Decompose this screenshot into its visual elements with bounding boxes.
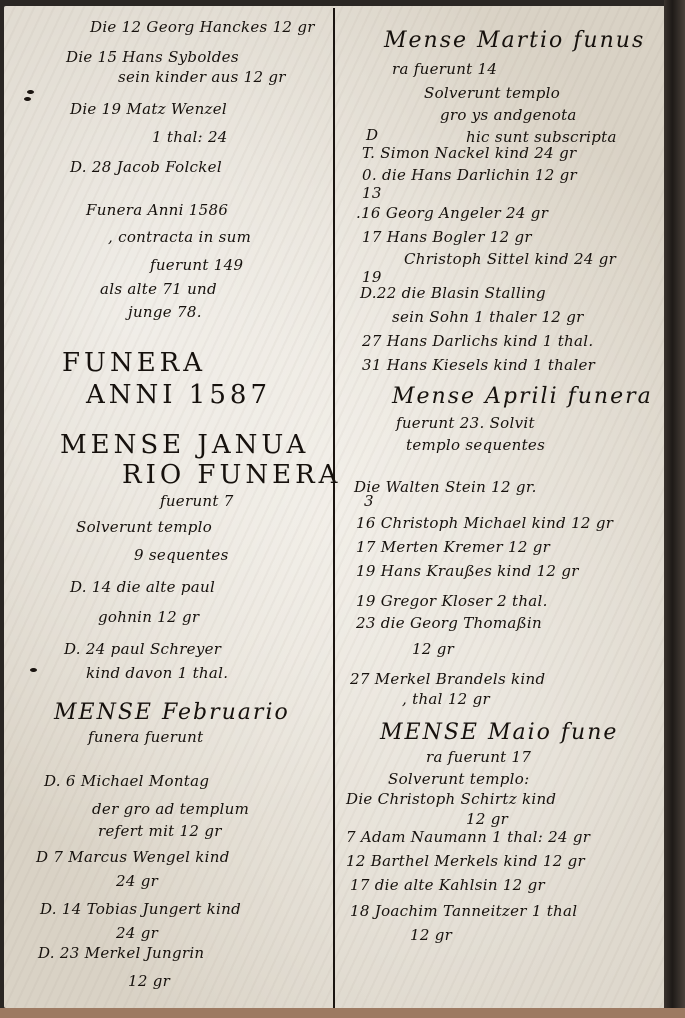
register-entry: 1 thal: 24 bbox=[152, 128, 228, 146]
register-entry: D.22 die Blasin Stalling bbox=[360, 284, 546, 302]
register-entry: 12 gr bbox=[412, 640, 454, 658]
register-entry: 19 Hans Kraußes kind 12 gr bbox=[356, 562, 579, 580]
register-entry: Die Walten Stein 12 gr. bbox=[354, 478, 537, 496]
register-entry: 3 bbox=[364, 492, 374, 510]
register-entry: Christoph Sittel kind 24 gr bbox=[404, 250, 616, 268]
book-spine-edge bbox=[664, 0, 685, 1008]
register-entry: fuerunt 7 bbox=[160, 492, 234, 510]
register-entry: , contracta in sum bbox=[108, 228, 251, 246]
register-entry: 12 gr bbox=[410, 926, 452, 944]
register-entry: junge 78. bbox=[128, 303, 202, 321]
register-entry: 27 Merkel Brandels kind bbox=[350, 670, 545, 688]
register-entry: D. 28 Jacob Folckel bbox=[70, 158, 222, 176]
register-entry: 12 gr bbox=[466, 810, 508, 828]
register-entry: funera fuerunt bbox=[88, 728, 203, 746]
register-entry: kind davon 1 thal. bbox=[86, 664, 228, 682]
register-entry: der gro ad templum bbox=[92, 800, 249, 818]
register-entry: 9 sequentes bbox=[134, 546, 229, 564]
section-heading: ANNI 1587 bbox=[86, 380, 271, 410]
bottom-board bbox=[0, 1008, 685, 1018]
register-entry: , thal 12 gr bbox=[402, 690, 490, 708]
register-entry: ra fuerunt 17 bbox=[426, 748, 531, 766]
register-entry: 12 gr bbox=[128, 972, 170, 990]
register-entry: ra fuerunt 14 bbox=[392, 60, 497, 78]
register-entry: T. Simon Nackel kind 24 gr bbox=[362, 144, 576, 162]
register-entry: D. 6 Michael Montag bbox=[44, 772, 209, 790]
register-entry: 23 die Georg Thomaßin bbox=[356, 614, 542, 632]
register-entry: fuerunt 23. Solvit bbox=[396, 414, 535, 432]
register-entry: 31 Hans Kiesels kind 1 thaler bbox=[362, 356, 595, 374]
section-heading: MENSE JANUA bbox=[60, 430, 309, 460]
register-entry: .16 Georg Angeler 24 gr bbox=[356, 204, 548, 222]
register-entry: D bbox=[366, 126, 378, 144]
register-entry: 0. die Hans Darlichin 12 gr bbox=[362, 166, 577, 184]
register-entry: templo sequentes bbox=[406, 436, 545, 454]
section-heading: FUNERA bbox=[62, 348, 206, 378]
register-entry: sein Sohn 1 thaler 12 gr bbox=[392, 308, 584, 326]
register-entry: D. 14 die alte paul bbox=[70, 578, 215, 596]
register-entry: 19 Gregor Kloser 2 thal. bbox=[356, 592, 548, 610]
ink-mark bbox=[24, 97, 31, 101]
register-entry: Solverunt templo bbox=[424, 84, 560, 102]
register-entry: gohnin 12 gr bbox=[98, 608, 199, 626]
register-entry: 27 Hans Darlichs kind 1 thal. bbox=[362, 332, 593, 350]
register-entry: Die 15 Hans Syboldes bbox=[66, 48, 239, 66]
section-heading: MENSE Februario bbox=[54, 700, 290, 725]
register-entry: 17 Hans Bogler 12 gr bbox=[362, 228, 532, 246]
register-entry: D. 23 Merkel Jungrin bbox=[38, 944, 204, 962]
register-entry: Funera Anni 1586 bbox=[86, 201, 228, 219]
section-heading: Mense Aprili funera bbox=[392, 384, 653, 409]
register-entry: gro ys andgenota bbox=[440, 106, 577, 124]
register-entry: 17 die alte Kahlsin 12 gr bbox=[350, 876, 545, 894]
register-entry: 18 Joachim Tanneitzer 1 thal bbox=[350, 902, 577, 920]
register-entry: D. 14 Tobias Jungert kind bbox=[40, 900, 241, 918]
register-entry: 24 gr bbox=[116, 924, 158, 942]
register-entry: Solverunt templo: bbox=[388, 770, 529, 788]
section-heading: MENSE Maio fune bbox=[380, 720, 618, 745]
ink-mark bbox=[27, 90, 34, 94]
column-divider bbox=[333, 8, 335, 1008]
register-entry: Die Christoph Schirtz kind bbox=[346, 790, 556, 808]
register-entry: Die 12 Georg Hanckes 12 gr bbox=[90, 18, 315, 36]
register-entry: 13 bbox=[362, 184, 382, 202]
register-entry: D 7 Marcus Wengel kind bbox=[36, 848, 230, 866]
register-entry: 7 Adam Naumann 1 thal: 24 gr bbox=[346, 828, 590, 846]
register-entry: D. 24 paul Schreyer bbox=[64, 640, 221, 658]
register-entry: 12 Barthel Merkels kind 12 gr bbox=[346, 852, 585, 870]
register-entry: sein kinder aus 12 gr bbox=[118, 68, 286, 86]
register-entry: fuerunt 149 bbox=[150, 256, 243, 274]
register-entry: refert mit 12 gr bbox=[98, 822, 222, 840]
register-entry: Die 19 Matz Wenzel bbox=[70, 100, 227, 118]
section-heading: RIO FUNERA bbox=[122, 460, 341, 490]
register-entry: Solverunt templo bbox=[76, 518, 212, 536]
ink-mark bbox=[30, 668, 37, 672]
register-entry: 17 Merten Kremer 12 gr bbox=[356, 538, 550, 556]
section-heading: Mense Martio funus bbox=[384, 28, 645, 53]
register-entry: 24 gr bbox=[116, 872, 158, 890]
register-entry: 16 Christoph Michael kind 12 gr bbox=[356, 514, 613, 532]
register-entry: als alte 71 und bbox=[100, 280, 217, 298]
